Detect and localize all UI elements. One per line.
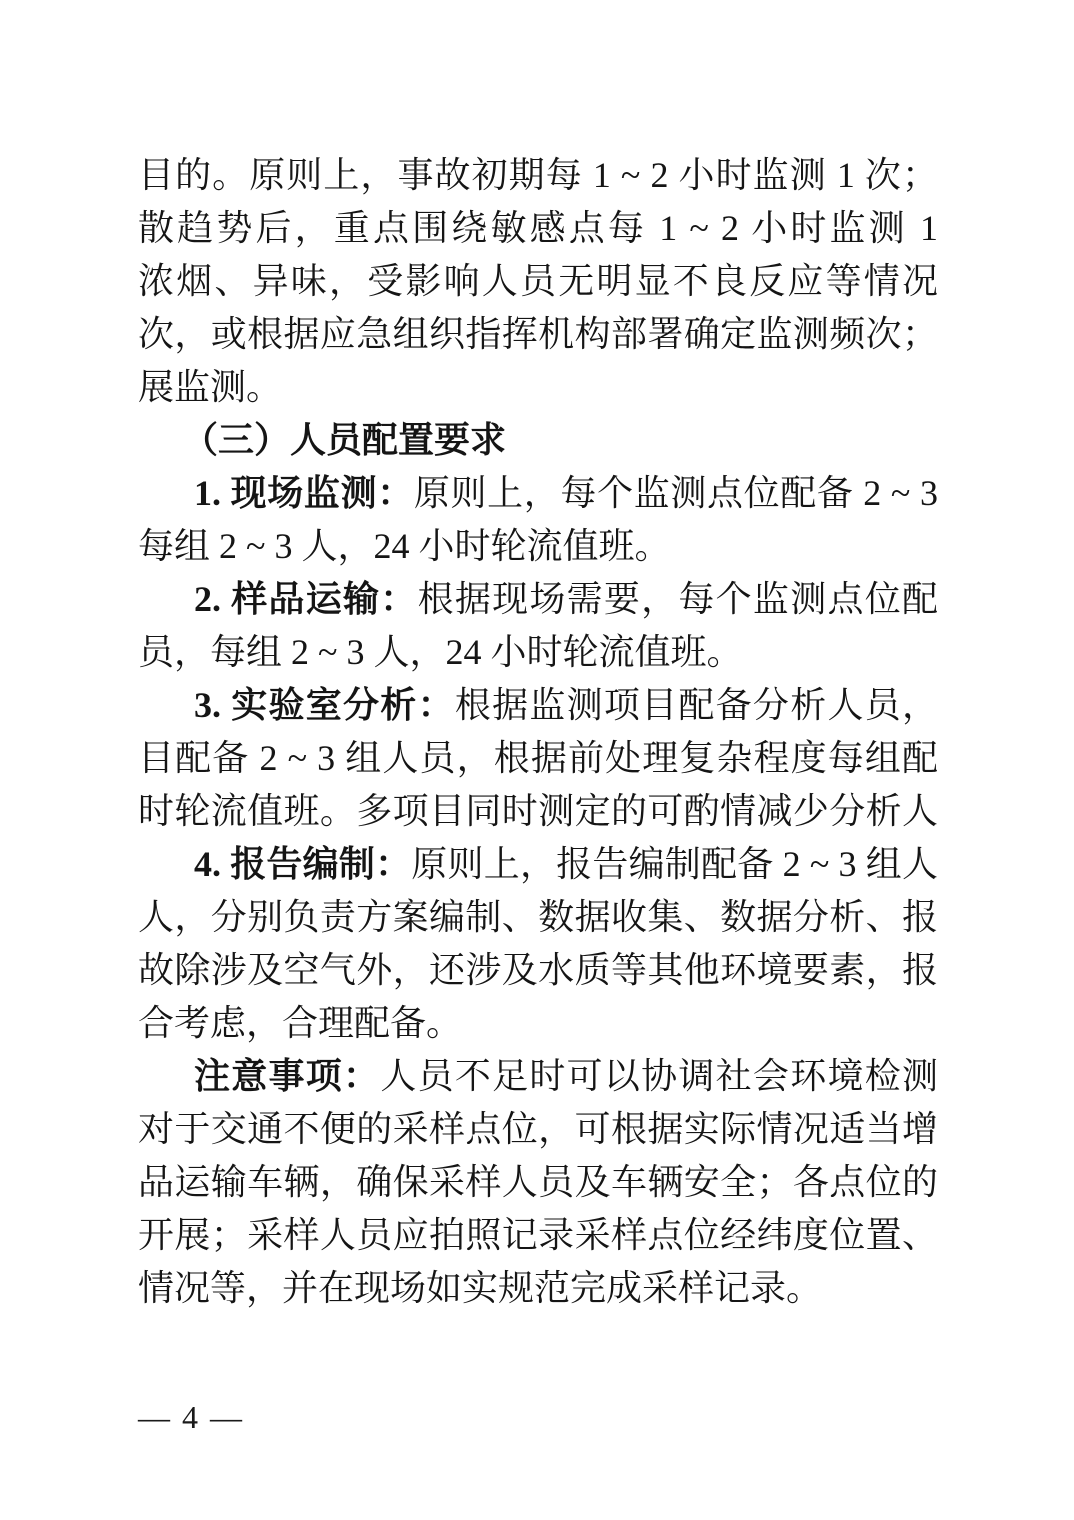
text-line: 人，分别负责方案编制、数据收集、数据分析、报告编制等。若事 [138,891,938,944]
text-line: 注意事项：人员不足时可以协调社会环境检测机构进行补充； [138,1050,938,1103]
paragraph-notes: 注意事项：人员不足时可以协调社会环境检测机构进行补充；对于交通不便的采样点位，可… [138,1050,938,1315]
text-line: 展监测。 [138,361,938,414]
bold-run: 注意事项： [194,1056,380,1096]
text-run: 对于交通不便的采样点位，可根据实际情况适当增加采样人员及样 [138,1109,938,1156]
text-run: 人，分别负责方案编制、数据收集、数据分析、报告编制等。若事 [138,897,938,944]
text-line: 次，或根据应急组织指挥机构部署确定监测频次；各点位应同步开 [138,308,938,361]
text-line: 每组 2 ~ 3 人，24 小时轮流值班。 [138,520,938,573]
text-line: 员，每组 2 ~ 3 人，24 小时轮流值班。 [138,626,938,679]
text-run: 每组 2 ~ 3 人，24 小时轮流值班。 [138,526,670,566]
text-run: 情况等，并在现场如实规范完成采样记录。 [138,1268,822,1308]
text-line: 品运输车辆，确保采样人员及车辆安全；各点位的采样工作应同步 [138,1156,938,1209]
bold-run: 4. 报告编制： [194,844,411,884]
text-line: （三）人员配置要求 [138,414,938,467]
bold-run: 3. 实验室分析： [194,685,455,725]
text-run: 员，每组 2 ~ 3 人，24 小时轮流值班。 [138,632,742,672]
text-run: 目配备 2 ~ 3 组人员，根据前处理复杂程度每组配备 2 ~ 3 人，24 小 [138,738,938,785]
bold-run: 1. 现场监测： [194,473,414,513]
text-line: 浓烟、异味，受影响人员无明显不良反应等情况时，每天监测 1 ~ 3 [138,255,938,308]
text-line: 4. 报告编制：原则上，报告编制配备 2 ~ 3 组人员，每组 2 ~ 3 [138,838,938,891]
text-line: 开展；采样人员应拍照记录采样点位经纬度位置、采样时间和周边 [138,1209,938,1262]
bold-run: 2. 样品运输： [194,579,418,619]
paragraph-item-1-onsite-monitoring: 1. 现场监测：原则上，每个监测点位配备 2 ~ 3 组现场监测人员，每组 2 … [138,467,938,573]
text-run: 展监测。 [138,367,282,407]
text-line: 故除涉及空气外，还涉及水质等其他环境要素，报告编制人员可综 [138,944,938,997]
text-line: 对于交通不便的采样点位，可根据实际情况适当增加采样人员及样 [138,1103,938,1156]
text-run: 开展；采样人员应拍照记录采样点位经纬度位置、采样时间和周边 [138,1215,938,1262]
paragraph-monitoring-frequency-continued: 目的。原则上，事故初期每 1 ~ 2 小时监测 1 次；确定特征污染物扩散趋势后… [138,149,938,414]
document-body: 目的。原则上，事故初期每 1 ~ 2 小时监测 1 次；确定特征污染物扩散趋势后… [138,149,938,1315]
text-line: 1. 现场监测：原则上，每个监测点位配备 2 ~ 3 组现场监测人员， [138,467,938,520]
text-line: 合考虑，合理配备。 [138,997,938,1050]
text-run: 次，或根据应急组织指挥机构部署确定监测频次；各点位应同步开 [138,314,938,361]
text-run: 散趋势后，重点围绕敏感点每 1 ~ 2 小时监测 1 次；事故现场无明火、 [138,208,938,255]
text-run: 浓烟、异味，受影响人员无明显不良反应等情况时，每天监测 1 ~ 3 [138,261,938,308]
text-line: 情况等，并在现场如实规范完成采样记录。 [138,1262,938,1315]
bold-run: （三）人员配置要求 [182,420,506,460]
text-run: 故除涉及空气外，还涉及水质等其他环境要素，报告编制人员可综 [138,950,938,997]
text-run: 合考虑，合理配备。 [138,1003,462,1043]
text-run: 时轮流值班。多项目同时测定的可酌情减少分析人员。 [138,791,938,838]
text-line: 2. 样品运输：根据现场需要，每个监测点位配备 2 ~ 3 组送样人 [138,573,938,626]
text-line: 散趋势后，重点围绕敏感点每 1 ~ 2 小时监测 1 次；事故现场无明火、 [138,202,938,255]
document-page: 目的。原则上，事故初期每 1 ~ 2 小时监测 1 次；确定特征污染物扩散趋势后… [0,0,1074,1520]
paragraph-item-2-sample-transport: 2. 样品运输：根据现场需要，每个监测点位配备 2 ~ 3 组送样人员，每组 2… [138,573,938,679]
heading-section-three-personnel-requirements: （三）人员配置要求 [138,414,938,467]
paragraph-item-3-laboratory-analysis: 3. 实验室分析：根据监测项目配备分析人员，原则上，每个项目配备 2 ~ 3 组… [138,679,938,838]
text-run: 品运输车辆，确保采样人员及车辆安全；各点位的采样工作应同步 [138,1162,938,1209]
text-run: 目的。原则上，事故初期每 1 ~ 2 小时监测 1 次；确定特征污染物扩 [138,155,938,202]
text-line: 目配备 2 ~ 3 组人员，根据前处理复杂程度每组配备 2 ~ 3 人，24 小 [138,732,938,785]
text-line: 3. 实验室分析：根据监测项目配备分析人员，原则上，每个项 [138,679,938,732]
page-number: — 4 — [138,1400,244,1434]
paragraph-item-4-report-preparation: 4. 报告编制：原则上，报告编制配备 2 ~ 3 组人员，每组 2 ~ 3人，分… [138,838,938,1050]
text-line: 时轮流值班。多项目同时测定的可酌情减少分析人员。 [138,785,938,838]
text-line: 目的。原则上，事故初期每 1 ~ 2 小时监测 1 次；确定特征污染物扩 [138,149,938,202]
